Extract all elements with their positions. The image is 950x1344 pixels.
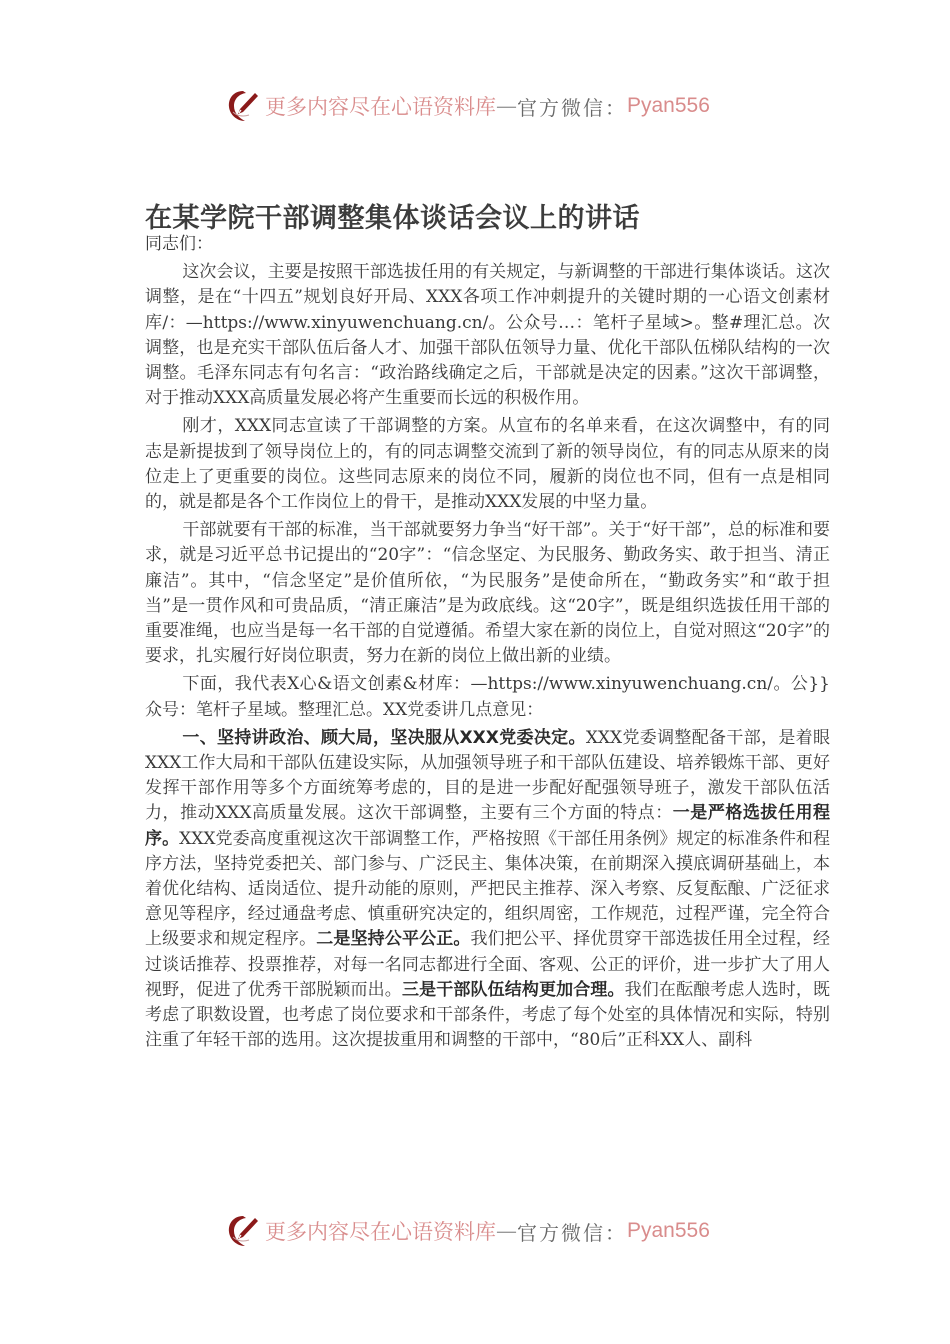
banner-wechat-label: 官方微信： [517, 92, 627, 121]
banner-dash: — [496, 1219, 517, 1243]
paragraph-2: 刚才，XXX同志宣读了干部调整的方案。从宣布的名单来看，在这次调整中，有的同志是… [145, 414, 830, 515]
section-1-heading: 一、坚持讲政治、顾大局，坚决服从XXX党委决定。 [182, 728, 585, 748]
banner-wechat-id: Pyan556 [627, 94, 710, 118]
point-3-heading: 三是干部队伍结构更加合理。 [402, 980, 625, 1000]
paragraph-1: 这次会议，主要是按照干部选拔任用的有关规定，与新调整的干部进行集体谈话。这次调整… [145, 260, 830, 411]
salutation: 同志们： [145, 232, 830, 257]
footer-watermark-banner: 更多内容尽在心语资料库 — 官方微信： Pyan556 [225, 1211, 725, 1251]
quill-pen-logo-icon [225, 1213, 261, 1249]
banner-slogan: 更多内容尽在心语资料库 [265, 1216, 496, 1246]
banner-wechat-label: 官方微信： [517, 1217, 627, 1246]
section-1: 一、坚持讲政治、顾大局，坚决服从XXX党委决定。XXX党委调整配备干部，是着眼X… [145, 726, 830, 1054]
document-body: 同志们： 这次会议，主要是按照干部选拔任用的有关规定，与新调整的干部进行集体谈话… [145, 232, 830, 1054]
banner-dash: — [496, 94, 517, 118]
banner-wechat-id: Pyan556 [627, 1219, 710, 1243]
point-2-heading: 二是坚持公平公正。 [316, 929, 470, 949]
paragraph-4: 下面，我代表X心&语文创素&材库：—https://www.xinyuwench… [145, 672, 830, 722]
banner-slogan: 更多内容尽在心语资料库 [265, 91, 496, 121]
document-title: 在某学院干部调整集体谈话会议上的讲话 [145, 196, 825, 235]
header-watermark-banner: 更多内容尽在心语资料库 — 官方微信： Pyan556 [225, 86, 725, 126]
paragraph-3: 干部就要有干部的标准，当干部就要努力争当“好干部”。关于“好干部”，总的标准和要… [145, 518, 830, 669]
quill-pen-logo-icon [225, 88, 261, 124]
